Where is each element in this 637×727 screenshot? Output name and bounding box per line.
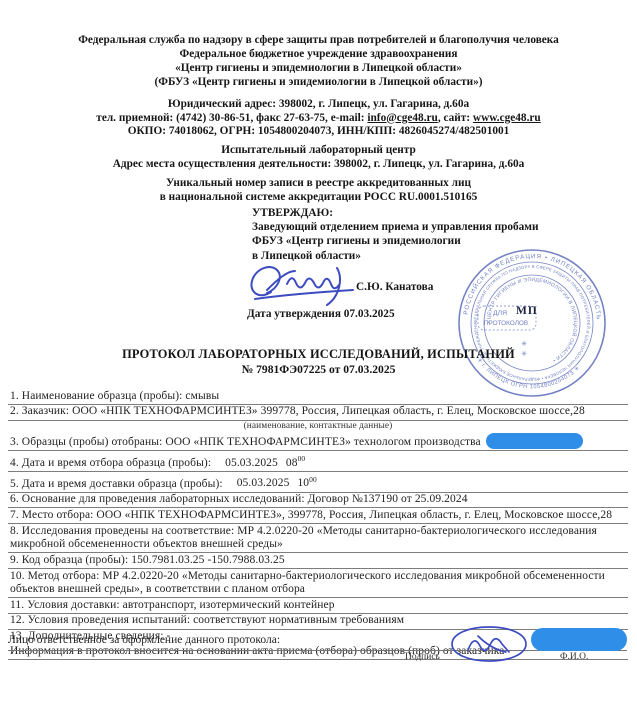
- field-sampling-datetime-label: 4. Дата и время отбора образца (пробы):: [10, 457, 211, 469]
- protocol-title-block: ПРОТОКОЛ ЛАБОРАТОРНЫХ ИССЛЕДОВАНИЙ, ИСПЫ…: [0, 347, 637, 377]
- sampling-date: 05.03.2025: [225, 457, 278, 469]
- org-service-line: Федеральная служба по надзору в сфере за…: [0, 34, 637, 48]
- org-institution-line: Федеральное бюджетное учреждение здравоо…: [0, 48, 637, 62]
- protocol-title: ПРОТОКОЛ ЛАБОРАТОРНЫХ ИССЛЕДОВАНИЙ, ИСПЫ…: [0, 347, 637, 362]
- field-sampling-method: 10. Метод отбора: МР 4.2.0220-20 «Методы…: [8, 569, 628, 598]
- mp-place-of-seal-label: МП: [516, 305, 538, 317]
- field-customer-caption: (наименование, контактные данные): [8, 421, 628, 433]
- sampling-time: 08: [286, 457, 298, 469]
- field-basis: 6. Основание для проведения лабораторных…: [8, 493, 628, 509]
- email-text: info@cge48.ru: [367, 112, 437, 124]
- approver-signature-icon: [243, 256, 361, 306]
- field-customer: 2. Заказчик: ООО «НПК ТЕХНОФАРМСИНТЕЗ» 3…: [8, 405, 628, 421]
- stamp-center-line2: ПРОТОКОЛОВ: [484, 320, 528, 327]
- contacts-line: тел. приемной: (4742) 30-86-51, факс 27-…: [0, 112, 637, 126]
- sampling-time-minutes: 00: [298, 454, 306, 463]
- stamp-center-line1: ДЛЯ: [493, 310, 507, 317]
- approve-label: УТВЕРЖДАЮ:: [252, 206, 612, 220]
- contacts-prefix: тел. приемной: (4742) 30-86-51, факс 27-…: [96, 112, 367, 124]
- org-center-name: «Центр гигиены и эпидемиологии в Липецко…: [0, 62, 637, 76]
- redaction-box-sampler-name: [486, 433, 583, 449]
- field-sampled-by-text: 3. Образцы (пробы) отобраны: ООО «НПК ТЕ…: [10, 436, 481, 448]
- document-header: Федеральная служба по надзору в сфере за…: [0, 34, 637, 205]
- field-delivery-datetime-label: 5. Дата и время доставки образца (пробы)…: [10, 477, 223, 489]
- field-sampling-datetime: 4. Дата и время отбора образца (пробы):0…: [8, 451, 628, 472]
- delivery-date: 05.03.2025: [237, 477, 290, 489]
- field-delivery-datetime: 5. Дата и время доставки образца (пробы)…: [8, 472, 628, 493]
- approval-date: Дата утверждения 07.03.2025: [247, 308, 395, 320]
- approver-position: Заведующий отделением приема и управлени…: [252, 220, 612, 234]
- approver-name: С.Ю. Канатова: [356, 281, 433, 293]
- accreditation-line1: Уникальный номер записи в реестре аккред…: [0, 177, 637, 191]
- field-test-conditions: 12. Условия проведения испытаний: соотве…: [8, 614, 628, 630]
- delivery-time-minutes: 00: [309, 475, 317, 484]
- org-center-abbr: (ФБУЗ «Центр гигиены и эпидемиологии в Л…: [0, 76, 637, 90]
- field-sampling-place: 7. Место отбора: ООО «НПК ТЕХНОФАРМСИНТЕ…: [8, 508, 628, 524]
- protocol-number-date: № 7981ФЭ07225 от 07.03.2025: [0, 363, 637, 377]
- signature-caption: Подпись: [405, 652, 440, 662]
- website-text: www.cge48.ru: [473, 112, 541, 124]
- contacts-separator: , сайт:: [438, 112, 473, 124]
- field-delivery-conditions: 11. Условия доставки: автотранспорт, изо…: [8, 598, 628, 614]
- responsible-person-label: Лицо ответственное за оформление данного…: [8, 634, 280, 646]
- protocol-fields: 1. Наименование образца (пробы): смывы 2…: [8, 389, 628, 660]
- field-sample-name: 1. Наименование образца (пробы): смывы: [8, 389, 628, 405]
- fio-caption: Ф.И.О.: [560, 652, 588, 662]
- activity-address-line: Адрес места осуществления деятельности: …: [0, 158, 637, 172]
- round-stamp-icon: РОССИЙСКАЯ ФЕДЕРАЦИЯ • ЛИПЕЦКАЯ ОБЛАСТЬ …: [450, 247, 614, 403]
- delivery-time: 10: [297, 477, 309, 489]
- responsible-signature-icon: [448, 622, 530, 668]
- field-sample-code: 9. Код образца (пробы): 150.7981.03.25 -…: [8, 553, 628, 569]
- accreditation-line2: в национальной системе аккредитации РОСС…: [0, 191, 637, 205]
- legal-address: Юридический адрес: 398002, г. Липецк, ул…: [0, 98, 637, 112]
- org-codes-line: ОКПО: 74018062, ОГРН: 1054800204073, ИНН…: [0, 125, 637, 139]
- field-compliance: 8. Исследования проведены на соответстви…: [8, 524, 628, 553]
- protocol-document-page: Федеральная служба по надзору в сфере за…: [0, 0, 637, 727]
- lab-center-line: Испытательный лабораторный центр: [0, 144, 637, 158]
- redaction-box-responsible-name: [531, 628, 627, 651]
- field-sampled-by: 3. Образцы (пробы) отобраны: ООО «НПК ТЕ…: [8, 433, 628, 452]
